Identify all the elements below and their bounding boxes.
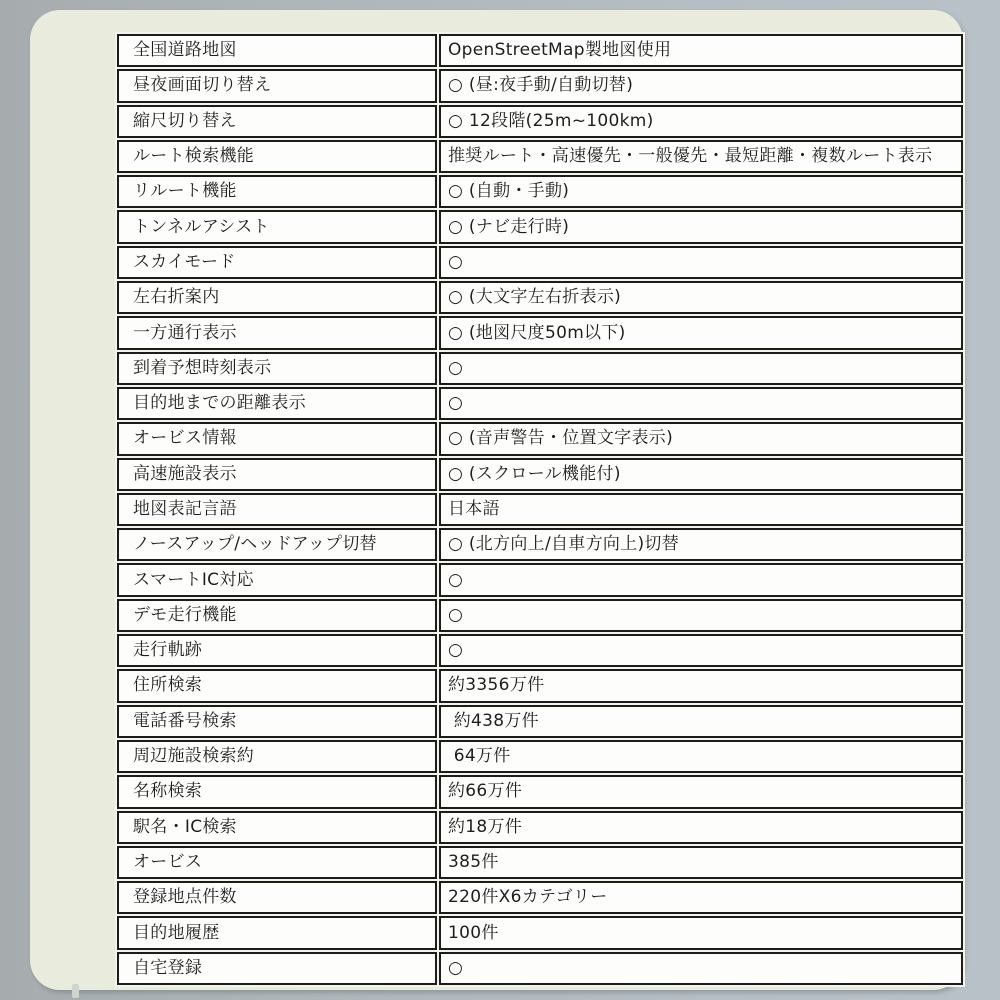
table-row: リルート機能 ○ (自動・手動) bbox=[117, 175, 963, 208]
spec-sheet-panel: 全国道路地図 OpenStreetMap製地図使用 昼夜画面切り替え ○ (昼:… bbox=[30, 10, 963, 990]
table-row: 登録地点件数 220件X6カテゴリー bbox=[117, 881, 963, 914]
table-row: 名称検索 約66万件 bbox=[117, 775, 963, 808]
feature-value: 約438万件 bbox=[439, 705, 963, 738]
feature-label: デモ走行機能 bbox=[117, 599, 437, 632]
feature-value: 推奨ルート・高速優先・一般優先・最短距離・複数ルート表示 bbox=[439, 140, 963, 173]
feature-value: ○ (北方向上/自車方向上)切替 bbox=[439, 528, 963, 561]
table-row: トンネルアシスト ○ (ナビ走行時) bbox=[117, 210, 963, 243]
feature-value: ○ 12段階(25m~100km) bbox=[439, 105, 963, 138]
feature-value: ○ (音声警告・位置文字表示) bbox=[439, 422, 963, 455]
feature-label: スマートIC対応 bbox=[117, 563, 437, 596]
feature-label: 電話番号検索 bbox=[117, 705, 437, 738]
feature-label: 地図表記言語 bbox=[117, 493, 437, 526]
feature-label: オービス bbox=[117, 846, 437, 879]
feature-label: 一方通行表示 bbox=[117, 316, 437, 349]
feature-value: 約66万件 bbox=[439, 775, 963, 808]
table-row: 目的地までの距離表示 ○ bbox=[117, 387, 963, 420]
spec-table-body: 全国道路地図 OpenStreetMap製地図使用 昼夜画面切り替え ○ (昼:… bbox=[117, 34, 963, 985]
feature-label: 名称検索 bbox=[117, 775, 437, 808]
table-row: ノースアップ/ヘッドアップ切替 ○ (北方向上/自車方向上)切替 bbox=[117, 528, 963, 561]
feature-value: ○ bbox=[439, 352, 963, 385]
feature-value: ○ (スクロール機能付) bbox=[439, 458, 963, 491]
photo-artifact bbox=[72, 984, 79, 998]
table-row: ルート検索機能 推奨ルート・高速優先・一般優先・最短距離・複数ルート表示 bbox=[117, 140, 963, 173]
feature-value: ○ bbox=[439, 387, 963, 420]
feature-value: 100件 bbox=[439, 916, 963, 949]
feature-label: ノースアップ/ヘッドアップ切替 bbox=[117, 528, 437, 561]
feature-label: 駅名・IC検索 bbox=[117, 811, 437, 844]
feature-value: ○ bbox=[439, 599, 963, 632]
table-row: 全国道路地図 OpenStreetMap製地図使用 bbox=[117, 34, 963, 67]
table-row: 周辺施設検索約 64万件 bbox=[117, 740, 963, 773]
feature-label: オービス情報 bbox=[117, 422, 437, 455]
table-row: 高速施設表示 ○ (スクロール機能付) bbox=[117, 458, 963, 491]
table-row: 縮尺切り替え ○ 12段階(25m~100km) bbox=[117, 105, 963, 138]
feature-label: 自宅登録 bbox=[117, 952, 437, 985]
feature-value: ○ (地図尺度50m以下) bbox=[439, 316, 963, 349]
feature-label: 縮尺切り替え bbox=[117, 105, 437, 138]
feature-label: 高速施設表示 bbox=[117, 458, 437, 491]
table-row: 自宅登録 ○ bbox=[117, 952, 963, 985]
feature-value: ○ (大文字左右折表示) bbox=[439, 281, 963, 314]
table-row: 到着予想時刻表示 ○ bbox=[117, 352, 963, 385]
feature-label: 周辺施設検索約 bbox=[117, 740, 437, 773]
feature-value: 385件 bbox=[439, 846, 963, 879]
table-row: オービス情報 ○ (音声警告・位置文字表示) bbox=[117, 422, 963, 455]
feature-label: 昼夜画面切り替え bbox=[117, 69, 437, 102]
feature-label: 走行軌跡 bbox=[117, 634, 437, 667]
feature-label: スカイモード bbox=[117, 246, 437, 279]
table-row: 左右折案内 ○ (大文字左右折表示) bbox=[117, 281, 963, 314]
feature-label: 到着予想時刻表示 bbox=[117, 352, 437, 385]
feature-label: ルート検索機能 bbox=[117, 140, 437, 173]
feature-value: 約18万件 bbox=[439, 811, 963, 844]
feature-value: ○ bbox=[439, 952, 963, 985]
feature-value: ○ (昼:夜手動/自動切替) bbox=[439, 69, 963, 102]
table-row: デモ走行機能 ○ bbox=[117, 599, 963, 632]
table-row: 住所検索 約3356万件 bbox=[117, 669, 963, 702]
feature-label: 住所検索 bbox=[117, 669, 437, 702]
feature-value: ○ bbox=[439, 563, 963, 596]
table-row: 昼夜画面切り替え ○ (昼:夜手動/自動切替) bbox=[117, 69, 963, 102]
feature-label: 全国道路地図 bbox=[117, 34, 437, 67]
feature-value: 日本語 bbox=[439, 493, 963, 526]
feature-label: 登録地点件数 bbox=[117, 881, 437, 914]
table-row: 走行軌跡 ○ bbox=[117, 634, 963, 667]
navigation-spec-table: 全国道路地図 OpenStreetMap製地図使用 昼夜画面切り替え ○ (昼:… bbox=[115, 32, 965, 987]
feature-label: トンネルアシスト bbox=[117, 210, 437, 243]
table-row: 目的地履歴 100件 bbox=[117, 916, 963, 949]
feature-value: 220件X6カテゴリー bbox=[439, 881, 963, 914]
feature-label: 目的地までの距離表示 bbox=[117, 387, 437, 420]
feature-value: 64万件 bbox=[439, 740, 963, 773]
feature-value: ○ bbox=[439, 246, 963, 279]
feature-value: ○ (ナビ走行時) bbox=[439, 210, 963, 243]
feature-label: 目的地履歴 bbox=[117, 916, 437, 949]
feature-value: ○ bbox=[439, 634, 963, 667]
feature-label: 左右折案内 bbox=[117, 281, 437, 314]
table-row: 駅名・IC検索 約18万件 bbox=[117, 811, 963, 844]
feature-value: ○ (自動・手動) bbox=[439, 175, 963, 208]
feature-label: リルート機能 bbox=[117, 175, 437, 208]
table-row: 一方通行表示 ○ (地図尺度50m以下) bbox=[117, 316, 963, 349]
feature-value: OpenStreetMap製地図使用 bbox=[439, 34, 963, 67]
feature-value: 約3356万件 bbox=[439, 669, 963, 702]
table-row: 電話番号検索 約438万件 bbox=[117, 705, 963, 738]
table-row: オービス 385件 bbox=[117, 846, 963, 879]
table-row: 地図表記言語 日本語 bbox=[117, 493, 963, 526]
table-row: スマートIC対応 ○ bbox=[117, 563, 963, 596]
table-row: スカイモード ○ bbox=[117, 246, 963, 279]
